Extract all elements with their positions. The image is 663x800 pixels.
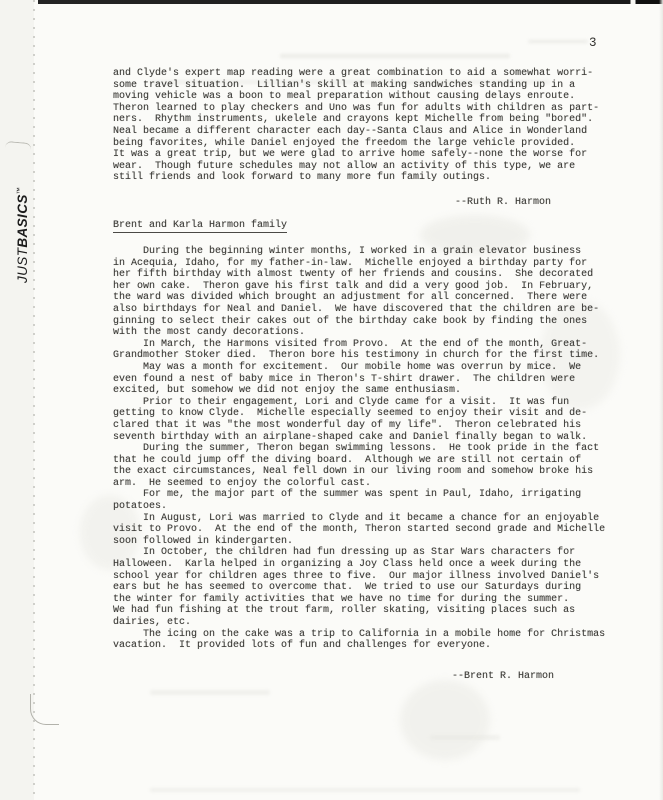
text-line: school year for children ages three to f… xyxy=(113,571,605,583)
bleedthrough-mark xyxy=(400,680,490,760)
text-line: dairies, etc. xyxy=(113,617,605,629)
section-heading-brent-karla: Brent and Karla Harmon family xyxy=(113,220,287,233)
scan-edge-bar xyxy=(38,0,663,4)
text-line: wear. Though future schedules may not al… xyxy=(113,161,599,173)
text-line: getting to know Clyde. Michelle especial… xyxy=(113,408,605,420)
brand-basics: BASICS xyxy=(15,194,30,247)
text-line: In March, the Harmons visited from Provo… xyxy=(113,339,605,351)
page-right-edge-shadow xyxy=(659,0,663,800)
pencil-mark-bottom-left xyxy=(30,694,59,725)
text-line: During the summer, Theron began swimming… xyxy=(113,443,605,455)
text-line: soon followed in kindergarten. xyxy=(113,536,605,548)
text-line: the ward was divided which brought an ad… xyxy=(113,292,605,304)
text-line: that he could jump off the diving board.… xyxy=(113,455,605,467)
text-line: her fifth birthday with almost twenty of… xyxy=(113,269,605,281)
text-line: vacation. It provided lots of fun and ch… xyxy=(113,640,605,652)
bleedthrough-mark xyxy=(430,735,500,740)
text-line: During the beginning winter months, I wo… xyxy=(113,246,605,258)
text-line: In August, Lori was married to Clyde and… xyxy=(113,513,605,525)
pencil-mark-top-left xyxy=(4,141,31,156)
brand-just: JUST xyxy=(15,248,30,283)
text-line: arm. He seemed to enjoy the colorful cas… xyxy=(113,478,605,490)
text-line: Neal became a different character each d… xyxy=(113,126,599,138)
text-line: Halloween. Karla helped in organizing a … xyxy=(113,559,605,571)
text-line: May was a month for excitement. Our mobi… xyxy=(113,362,605,374)
binder-strip: JUSTBASICS™ xyxy=(0,0,34,800)
text-line: potatoes. xyxy=(113,501,605,513)
ruth-signature: --Ruth R. Harmon xyxy=(455,197,551,208)
brent-signature: --Brent R. Harmon xyxy=(452,671,554,682)
text-line: still friends and look forward to many m… xyxy=(113,172,599,184)
ruth-section-text: and Clyde's expert map reading were a gr… xyxy=(113,68,599,184)
text-line: the winter for family activities that we… xyxy=(113,594,605,606)
perforation-line xyxy=(33,0,35,800)
text-line: ners. Rhythm instruments, ukelele and cr… xyxy=(113,114,599,126)
text-line: Theron learned to play checkers and Uno … xyxy=(113,103,599,115)
text-line: in Acequia, Idaho, for my father-in-law.… xyxy=(113,258,605,270)
text-line: with the most candy decorations. xyxy=(113,327,605,339)
bleedthrough-mark xyxy=(150,690,270,695)
text-line: even found a nest of baby mice in Theron… xyxy=(113,374,605,386)
text-line: Prior to their engagement, Lori and Clyd… xyxy=(113,397,605,409)
text-line: the exact circumstances, Neal fell down … xyxy=(113,466,605,478)
text-line: and Clyde's expert map reading were a gr… xyxy=(113,68,599,80)
bleedthrough-mark xyxy=(528,40,588,43)
text-line: seventh birthday with an airplane-shaped… xyxy=(113,432,605,444)
text-line: clared that it was "the most wonderful d… xyxy=(113,420,605,432)
text-line: her own cake. Theron gave his first talk… xyxy=(113,281,605,293)
brand-vertical-text: JUSTBASICS™ xyxy=(15,187,30,283)
text-line: For me, the major part of the summer was… xyxy=(113,489,605,501)
trademark-symbol: ™ xyxy=(17,187,24,194)
text-line: also birthdays for Neal and Daniel. We h… xyxy=(113,304,605,316)
text-line: It was a great trip, but we were glad to… xyxy=(113,149,599,161)
brent-section-text: During the beginning winter months, I wo… xyxy=(113,246,605,652)
scanned-document-page: JUSTBASICS™ 3 and Clyde's expert map rea… xyxy=(0,0,663,800)
text-line: We had fun fishing at the trout farm, ro… xyxy=(113,605,605,617)
text-line: In October, the children had fun dressin… xyxy=(113,547,605,559)
bleedthrough-mark xyxy=(280,54,510,58)
bleedthrough-mark xyxy=(150,788,580,792)
text-line: The icing on the cake was a trip to Cali… xyxy=(113,629,605,641)
text-line: ears but he has seemed to overcome that.… xyxy=(113,582,605,594)
text-line: excited, but somehow we did not enjoy th… xyxy=(113,385,605,397)
text-line: visit to Provo. At the end of the month,… xyxy=(113,524,605,536)
text-line: some travel situation. Lillian's skill a… xyxy=(113,80,599,92)
text-line: being favorites, while Daniel enjoyed th… xyxy=(113,138,599,150)
text-line: moving vehicle was a boon to meal prepar… xyxy=(113,91,599,103)
text-line: ginning to select their cakes out of the… xyxy=(113,316,605,328)
page-number: 3 xyxy=(589,36,597,50)
text-line: Grandmother Stoker died. Theron bore his… xyxy=(113,350,605,362)
